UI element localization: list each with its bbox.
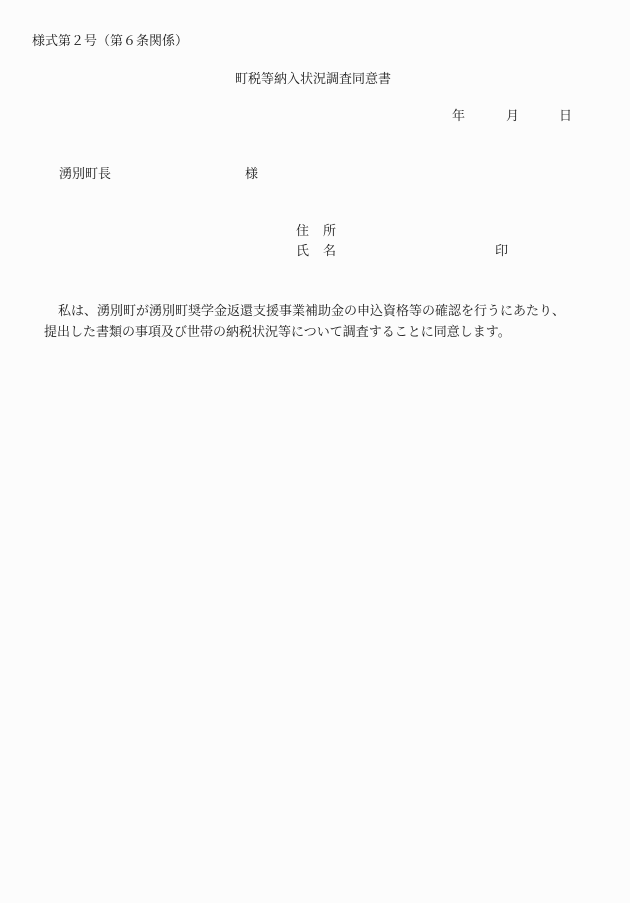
address-label: 住所 [296,225,350,238]
consent-line-1: 私は、湧別町が湧別町奨学金返還支援事業補助金の申込資格等の確認を行うにあたり、 [44,301,604,322]
consent-statement: 私は、湧別町が湧別町奨学金返還支援事業補助金の申込資格等の確認を行うにあたり、 … [44,301,604,343]
seal-mark: 印 [495,245,508,258]
addressee: 湧別町長 [59,168,111,181]
date-month-label: 月 [506,110,519,123]
form-number: 様式第２号（第６条関係） [32,35,188,48]
consent-line-2: 提出した書類の事項及び世帯の納税状況等について調査することに同意します。 [44,322,604,343]
date-year-label: 年 [452,110,465,123]
document-title: 町税等納入状況調査同意書 [235,73,391,86]
date-day-label: 日 [559,110,572,123]
name-label: 氏名 [296,245,350,258]
honorific: 様 [245,168,258,181]
